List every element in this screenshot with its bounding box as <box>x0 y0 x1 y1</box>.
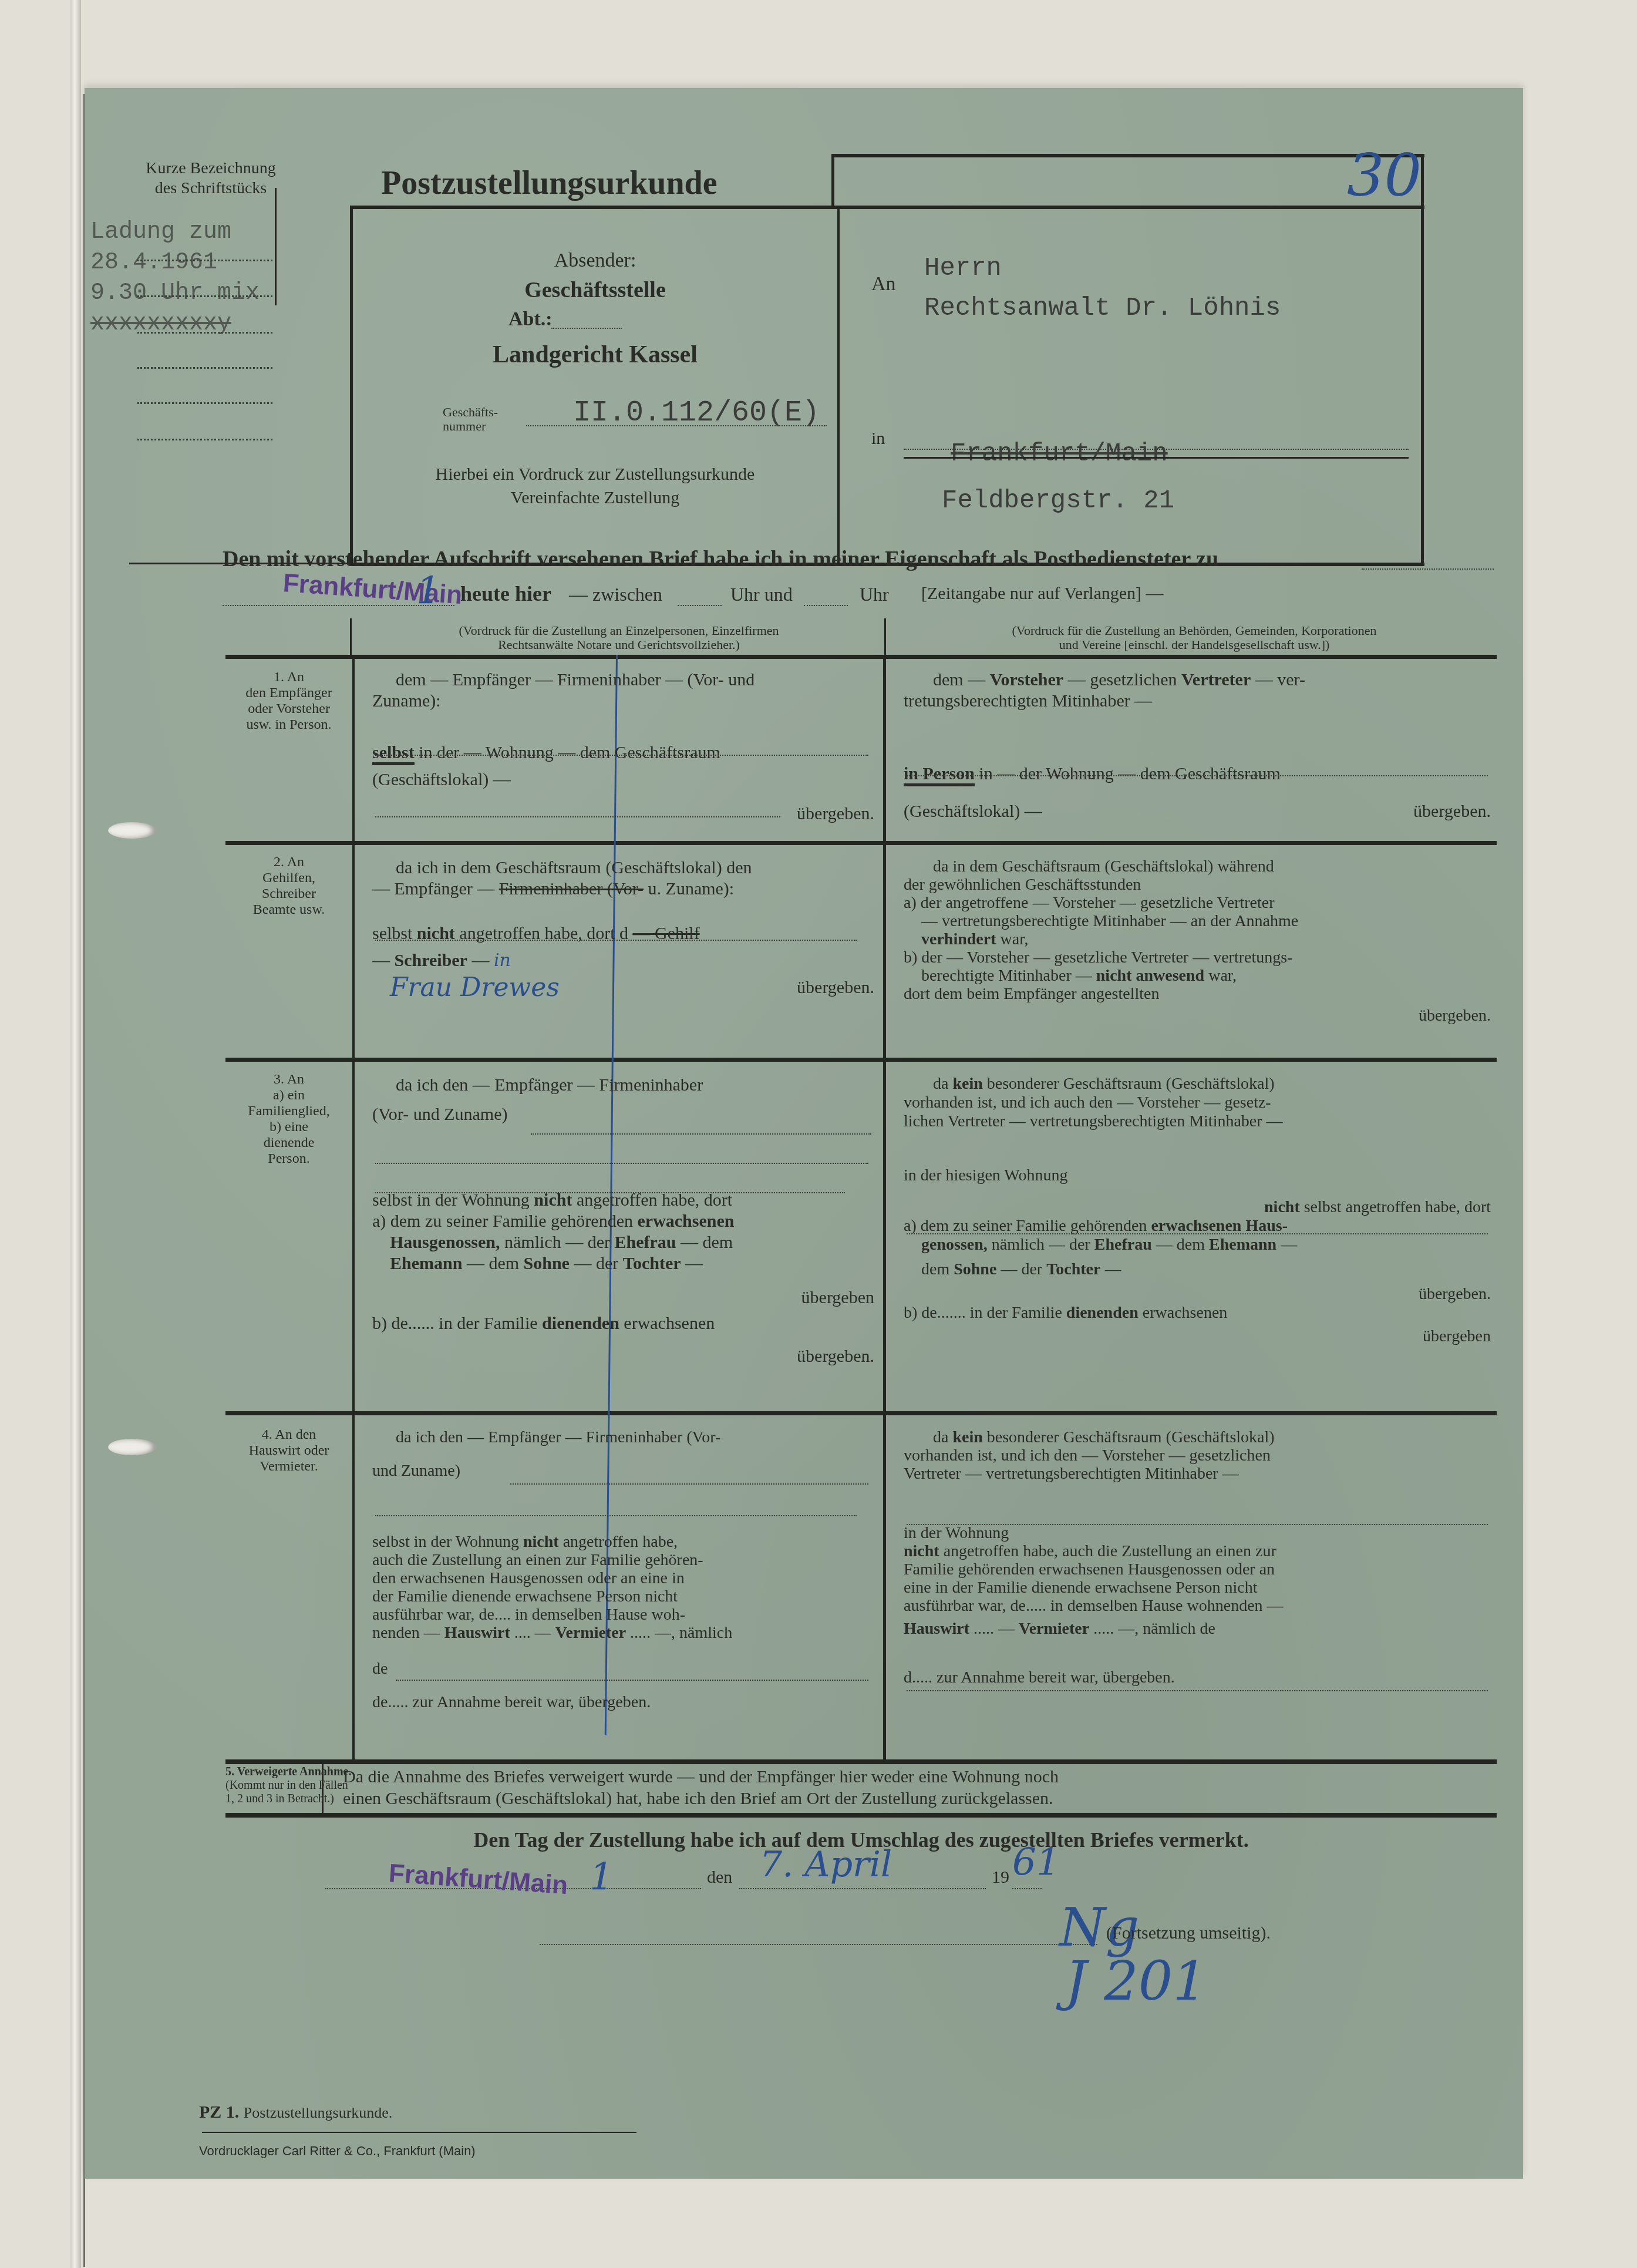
section-4-label: 4. An denHauswirt oderVermieter. <box>225 1427 352 1475</box>
handwritten-date: 7. April <box>760 1844 892 1885</box>
left-column-header: (Vordruck für die Zustellung an Einzelpe… <box>355 624 883 652</box>
intro-statement: Den mit vorstehender Aufschrift versehen… <box>223 546 1218 572</box>
recipient-salutation: Herrn <box>924 254 1002 283</box>
section-2-label: 2. AnGehilfen,SchreiberBeamte usw. <box>225 854 352 918</box>
document-description: Ladung zum 28.4.1961 9.30 Uhr mix xxxxxx… <box>90 217 260 339</box>
section-4-right: da kein besonderer Geschäftsraum (Geschä… <box>904 1428 1491 1687</box>
today-here-label: heute hier <box>460 581 551 606</box>
section-2-left: da ich in dem Geschäftsraum (Geschäftslo… <box>372 857 874 1001</box>
date-field[interactable] <box>739 1888 986 1889</box>
recipient-city-struck: Frankfurt/Main <box>951 439 1168 469</box>
section-3-left: da ich den — Empfänger — Firmeninhaber (… <box>372 1075 874 1367</box>
continuation-note: (Fortsetzung umseitig). <box>1106 1923 1271 1943</box>
sleeve-edge <box>70 0 81 2268</box>
case-number-label: Geschäfts- nummer <box>443 405 498 433</box>
handwritten-district: 1 <box>416 570 440 613</box>
sender-court: Landgericht Kassel <box>353 341 837 369</box>
handwritten-year: 61 <box>1012 1841 1060 1885</box>
refused-text: Da die Annahme des Briefes verweigert wu… <box>331 1766 1491 1809</box>
printer-imprint: Vordrucklager Carl Ritter & Co., Frankfu… <box>199 2144 476 2159</box>
punch-hole <box>108 822 156 839</box>
recipient-street: Feldbergstr. 21 <box>942 486 1174 516</box>
form-code: PZ 1. Postzustellungsurkunde. <box>199 2102 392 2122</box>
line <box>137 260 272 261</box>
in-label: in <box>871 429 885 449</box>
sender-office: Geschäftsstelle <box>353 277 837 303</box>
line <box>137 295 272 297</box>
handwritten-district: 1 <box>590 1856 614 1899</box>
punch-hole <box>108 1439 156 1455</box>
section-3-label: 3. Ana) einFamilienglied,b) einedienende… <box>225 1072 352 1167</box>
section-5-label: 5. Verweigerte Annahme. (Kommt nur in de… <box>225 1765 322 1806</box>
postman-number: J 201 <box>1065 1950 1207 2013</box>
to-label: An <box>871 273 896 295</box>
line <box>137 439 272 440</box>
line <box>137 332 272 334</box>
section-1-label: 1. Anden Empfängeroder Vorsteherusw. in … <box>225 669 352 733</box>
recipient-name: Rechtsanwalt Dr. Löhnis <box>924 294 1281 323</box>
time-from-field[interactable] <box>678 605 722 606</box>
form-title: Postzustellungsurkunde <box>381 164 718 202</box>
section-4-left: da ich den — Empfänger — Firmeninhaber (… <box>372 1428 874 1711</box>
time-note: [Zeitangabe nur auf Verlangen] — <box>921 584 1164 604</box>
sender-note: Hierbei ein Vordruck zur Zustellungsurku… <box>353 463 837 510</box>
right-column-header: (Vordruck für die Zustellung an Behörden… <box>889 624 1500 652</box>
line <box>137 402 272 404</box>
time-to-field[interactable] <box>804 605 848 606</box>
line <box>137 367 272 369</box>
name-field[interactable] <box>375 755 868 756</box>
section-1-right: dem — Vorsteher — gesetzlichen Vertreter… <box>904 669 1491 822</box>
signature-field[interactable] <box>540 1944 1097 1945</box>
section-3-right: da kein besonderer Geschäftsraum (Geschä… <box>904 1075 1491 1346</box>
form-sheet: Kurze Bezeichnung des Schriftstücks Ladu… <box>85 88 1523 2179</box>
sender-label: Absender: <box>353 250 837 272</box>
handwritten-mark: 30 <box>1347 141 1422 210</box>
document-label: Kurze Bezeichnung des Schriftstücks <box>126 159 296 198</box>
section-1-left: dem — Empfänger — Firmeninhaber — (Vor- … <box>372 669 874 825</box>
section-2-right: da in dem Geschäftsraum (Geschäftslokal)… <box>904 857 1491 1025</box>
post-office-stamp: Frankfurt/Main <box>388 1859 569 1900</box>
sender-dept: Abt.: <box>508 308 553 331</box>
